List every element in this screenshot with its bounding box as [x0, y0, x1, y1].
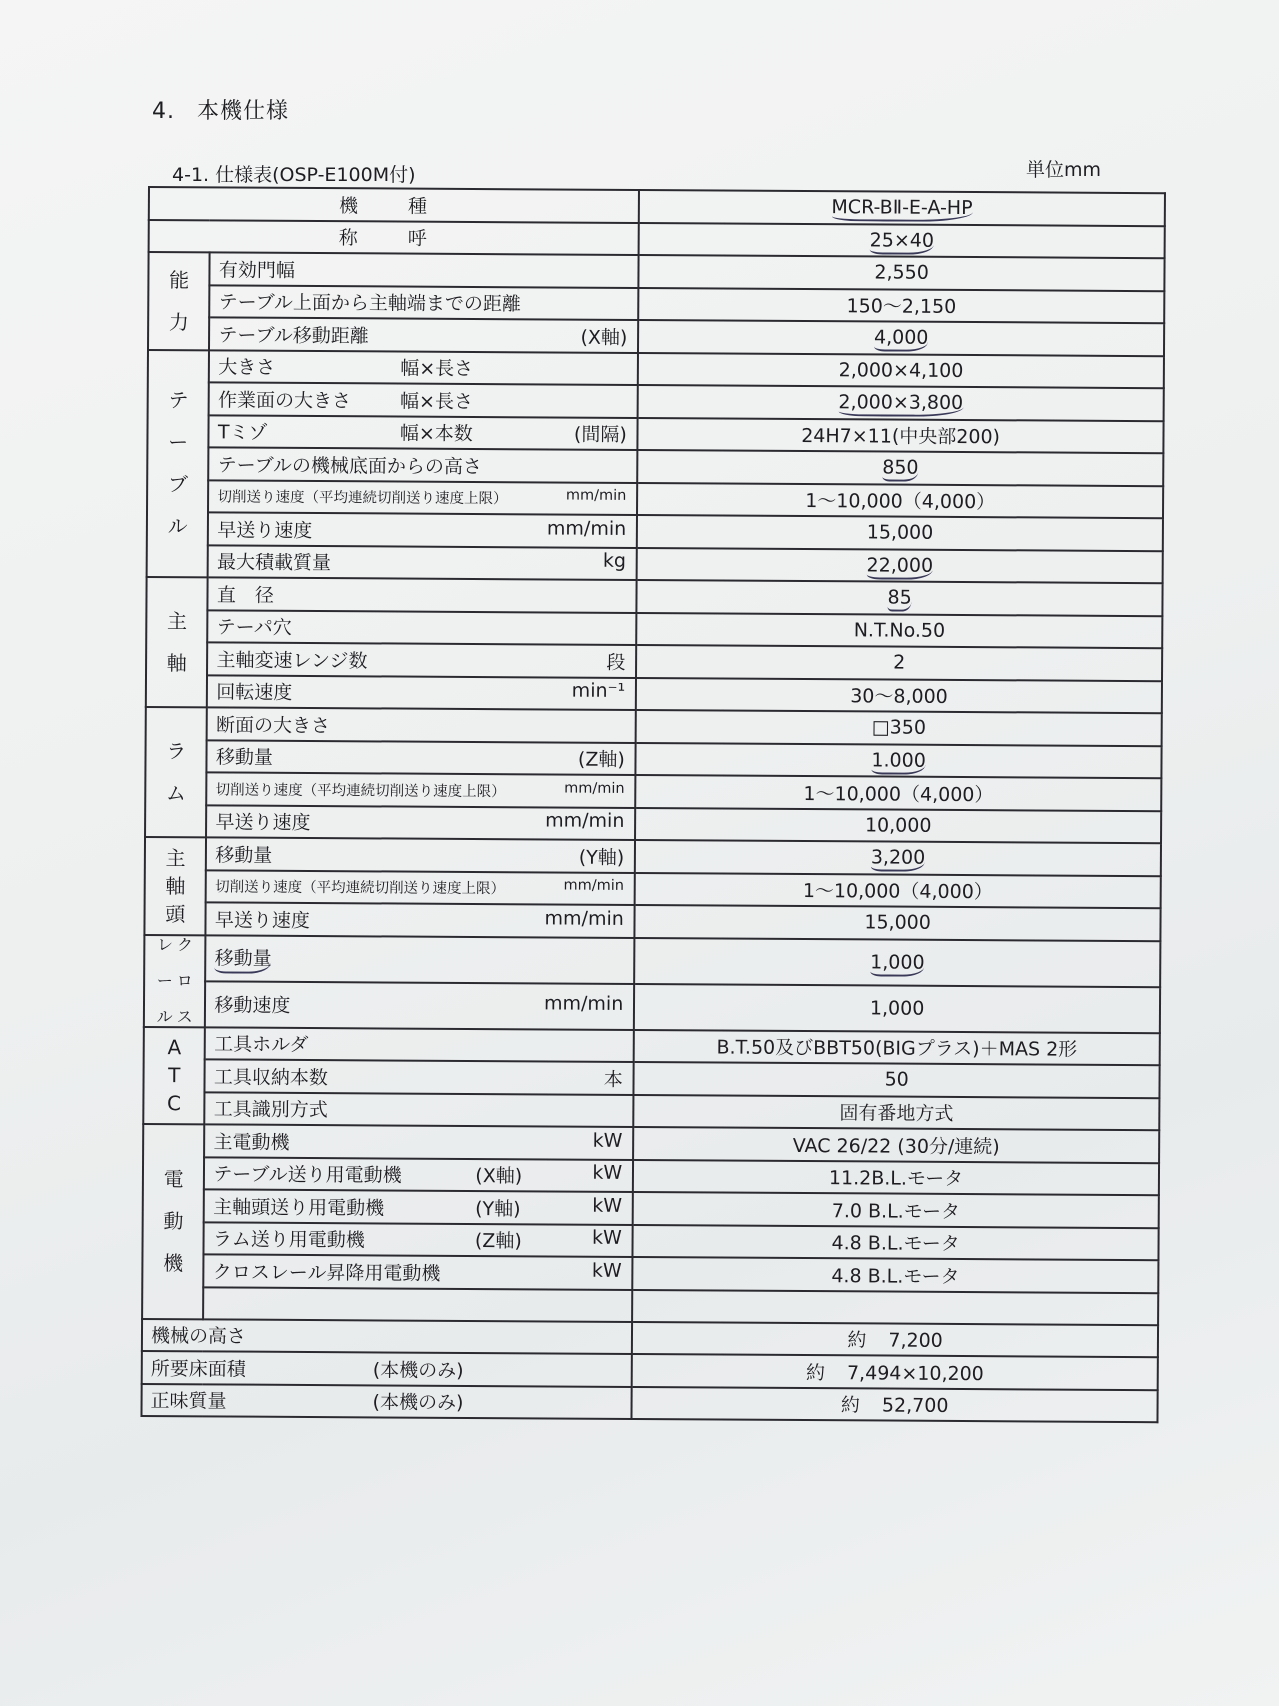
- unit-note: 単位mm: [1026, 155, 1101, 182]
- spec-value: 約52,700: [632, 1386, 1158, 1422]
- spec-label: 移動速度mm/min: [205, 981, 634, 1030]
- spec-value: 4,000: [638, 320, 1164, 356]
- category-capacity: 能力: [148, 252, 210, 350]
- spec-label: 主電動機kW: [204, 1124, 633, 1159]
- category-ram: ラム: [145, 707, 207, 837]
- spec-label: 切削送り速度（平均連続切削送り速度上限）mm/min: [206, 870, 635, 905]
- section-heading: 4.本機仕様: [152, 94, 289, 125]
- table-row: 移動速度mm/min 1,000: [144, 980, 1160, 1032]
- spec-value: 1.000: [636, 742, 1162, 778]
- spec-value: 約7,494×10,200: [632, 1354, 1158, 1390]
- category-spindle: 主軸: [146, 577, 208, 707]
- spec-label: 正味質量(本機のみ): [141, 1383, 631, 1418]
- category-table: テーブル: [147, 350, 210, 578]
- spec-value: 24H7×11(中央部200): [638, 417, 1164, 453]
- spec-label: 断面の大きさ: [207, 707, 636, 742]
- spec-value: 150〜2,150: [638, 287, 1164, 323]
- spec-value: 850: [637, 450, 1163, 486]
- spec-value: VAC 26/22 (30分/連続): [633, 1127, 1159, 1163]
- spec-label: 作業面の大きさ幅×長さ: [209, 382, 638, 417]
- spec-value: 15,000: [637, 515, 1163, 551]
- spec-label: クロスレール昇降用電動機kW: [204, 1254, 633, 1289]
- spec-label: 主軸変速レンジ数段: [207, 642, 636, 677]
- category-spindle-head: 主軸頭: [144, 837, 206, 935]
- spec-label: 切削送り速度（平均連続切削送り速度上限）mm/min: [207, 772, 636, 807]
- spec-label: テーブル送り用電動機(X軸)kW: [204, 1157, 633, 1192]
- blank-cell: [203, 1287, 632, 1322]
- spec-value: N.T.No.50: [636, 612, 1162, 648]
- spec-value: 2,000×4,100: [638, 352, 1164, 388]
- spec-label: 直 径: [208, 577, 637, 612]
- spec-label: 工具ホルダ: [205, 1027, 634, 1062]
- section-number: 4.: [152, 99, 175, 124]
- spec-label: 最大積載質量kg: [208, 545, 637, 580]
- spec-value: 1〜10,000（4,000）: [637, 482, 1163, 518]
- table-row-net-weight: 正味質量(本機のみ) 約52,700: [141, 1383, 1157, 1422]
- spec-value: 50: [634, 1062, 1160, 1098]
- spec-value: 2,000×3,800: [638, 385, 1164, 421]
- spec-value: 85: [637, 580, 1163, 616]
- spec-label: 回転速度min⁻¹: [207, 675, 636, 710]
- nominal-label: 称 呼: [149, 220, 639, 255]
- spec-label: 移動量: [206, 935, 635, 984]
- model-label: 機 種: [149, 187, 639, 222]
- spec-label: テーブル上面から主軸端までの距離: [210, 285, 639, 320]
- blank-cell: [632, 1289, 1158, 1324]
- spec-label: 大きさ幅×長さ: [209, 350, 638, 385]
- table-subtitle: 4-1. 仕様表(OSP-E100M付): [172, 160, 416, 187]
- spec-value: 2,550: [639, 255, 1165, 291]
- spec-label: Tミゾ幅×本数(間隔): [209, 415, 638, 450]
- spec-label: 主軸頭送り用電動機(Y軸)kW: [204, 1189, 633, 1224]
- spec-label: 機械の高さ: [142, 1318, 632, 1353]
- spec-label: テーブル移動距離(X軸): [209, 317, 638, 352]
- spec-label: 所要床面積(本機のみ): [142, 1351, 632, 1386]
- spec-label: 工具識別方式: [205, 1092, 634, 1127]
- spec-value: 1〜10,000（4,000）: [635, 872, 1161, 908]
- spec-label: 移動量(Z軸): [207, 740, 636, 775]
- category-atc: ATC: [143, 1026, 205, 1124]
- nominal-value: 25×40: [639, 223, 1165, 259]
- spec-label: テーパ穴: [208, 610, 637, 645]
- spec-label: 切削送り速度（平均連続切削送り速度上限）mm/min: [208, 480, 637, 515]
- spec-value: 10,000: [635, 807, 1161, 843]
- spec-table: 機 種 MCR-BⅡ-E-A-HP 称 呼 25×40 能力 有効門幅 2,55…: [140, 186, 1166, 1423]
- spec-label: ラム送り用電動機(Z軸)kW: [204, 1222, 633, 1257]
- section-title: 本機仕様: [197, 99, 289, 124]
- spec-value: 固有番地方式: [634, 1094, 1160, 1130]
- spec-label: 工具収納本数本: [205, 1059, 634, 1094]
- spec-value: 22,000: [637, 547, 1163, 583]
- category-motors: 電動機: [142, 1124, 205, 1319]
- spec-label: 早送り速度mm/min: [206, 805, 635, 840]
- spec-value: □350: [636, 710, 1162, 746]
- spec-value: 4.8 B.L.モータ: [633, 1224, 1159, 1260]
- spec-label: 早送り速度mm/min: [206, 902, 635, 937]
- category-cross-rail: レール クロス: [144, 934, 206, 1026]
- spec-label: 移動量(Y軸): [206, 837, 635, 872]
- spec-value: 1,000: [634, 983, 1160, 1032]
- spec-value: B.T.50及びBBT50(BIGプラス)＋MAS 2形: [634, 1029, 1160, 1065]
- spec-value: 7.0 B.L.モータ: [633, 1192, 1159, 1228]
- spec-value: 11.2B.L.モータ: [633, 1159, 1159, 1195]
- spec-document-page: 4.本機仕様 4-1. 仕様表(OSP-E100M付) 単位mm 機 種 MCR…: [0, 0, 1279, 1706]
- spec-value: 2: [636, 645, 1162, 681]
- spec-label: テーブルの機械底面からの高さ: [209, 447, 638, 482]
- table-row: レール クロス 移動量 1,000: [144, 934, 1160, 986]
- spec-value: 3,200: [635, 840, 1161, 876]
- spec-value: 約7,200: [632, 1321, 1158, 1357]
- spec-value: 15,000: [635, 905, 1161, 941]
- spec-label: 有効門幅: [210, 252, 639, 287]
- model-value: MCR-BⅡ-E-A-HP: [639, 190, 1165, 226]
- spec-value: 30〜8,000: [636, 677, 1162, 713]
- spec-value: 1〜10,000（4,000）: [635, 775, 1161, 811]
- spec-value: 4.8 B.L.モータ: [633, 1257, 1159, 1293]
- spec-label: 早送り速度mm/min: [208, 512, 637, 547]
- spec-value: 1,000: [634, 937, 1160, 986]
